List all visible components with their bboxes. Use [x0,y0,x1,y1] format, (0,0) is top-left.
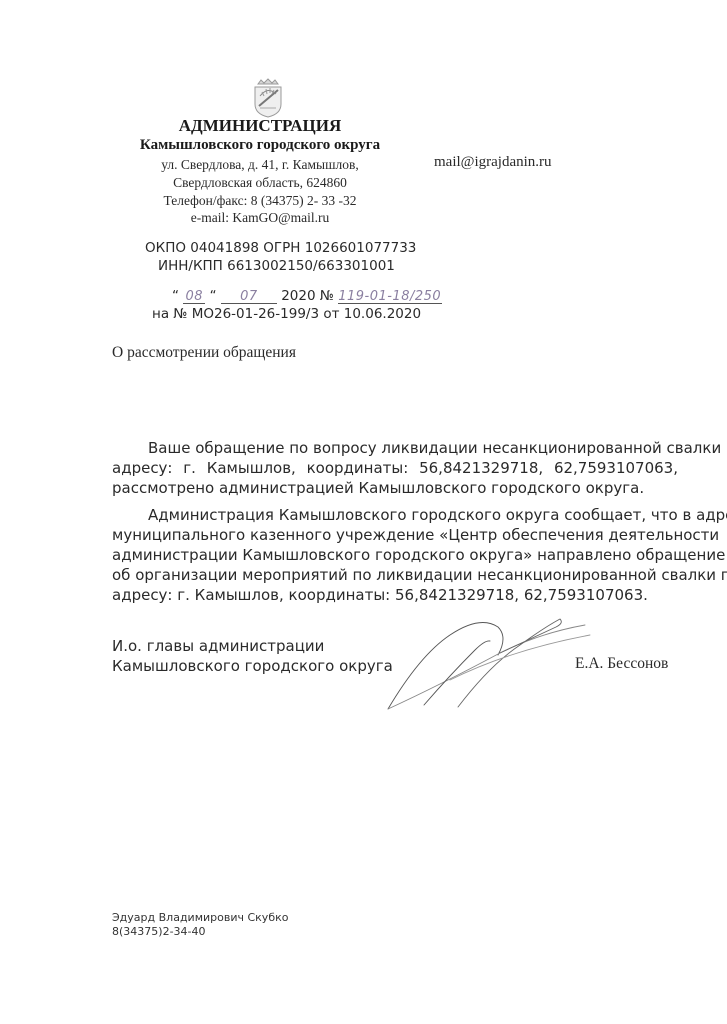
paragraph-line: Администрация Камышловского городского о… [112,505,678,525]
outgoing-number: 119-01-18/250 [338,290,442,304]
signer-name: Е.А. Бессонов [575,655,668,673]
coordinate-longitude: 62,7593107063, [554,459,678,477]
quote-open: “ [172,288,179,304]
signer-position-line-2: Камышловского городского округа [112,656,393,676]
executor-phone: 8(34375)2-34-40 [112,925,206,938]
signer-position: И.о. главы администрации Камышловского г… [112,636,393,676]
phone-fax: Телефон/факс: 8 (34375) 2- 33 -32 [100,192,420,210]
organization-subtitle: Камышловского городского округа [100,137,420,154]
recipient-email: mail@igrajdanin.ru [434,154,552,171]
word: Камышлов, [207,459,296,477]
paragraph-line: рассмотрено администрацией Камышловского… [112,478,678,498]
coat-of-arms-icon [250,78,286,118]
paragraph-line: администрации Камышловского городского о… [112,545,678,565]
body-paragraph-1: Ваше обращение по вопросу ликвидации нес… [112,438,678,498]
paragraph-line: об организации мероприятий по ликвидации… [112,565,678,585]
body-paragraph-2: Администрация Камышловского городского о… [112,505,678,605]
paragraph-line: Ваше обращение по вопросу ликвидации нес… [112,438,678,458]
executor-name: Эдуард Владимирович Скубко [112,911,288,924]
outgoing-month: 07 [221,290,277,304]
outgoing-day: 08 [183,290,205,304]
paragraph-line: адресу: г. Камышлов, координаты: 56,8421… [112,585,678,605]
outgoing-date-number: “ 08 “ 07 2020 № 119-01-18/250 [172,288,442,304]
inn-kpp-codes: ИНН/КПП 6613002150/663301001 [158,258,395,274]
organization-title: АДМИНИСТРАЦИЯ [100,116,420,136]
outgoing-year: 2020 [281,288,315,304]
word: г. [183,459,196,477]
quote-close: “ [210,288,217,304]
paragraph-line: адресу: г. Камышлов, координаты: 56,8421… [112,458,678,478]
letter-subject: О рассмотрении обращения [112,344,296,362]
word: адресу: [112,459,173,477]
signer-position-line-1: И.о. главы администрации [112,636,393,656]
word: координаты: [307,459,409,477]
number-sign: № [320,288,334,304]
paragraph-line: муниципального казенного учреждение «Цен… [112,525,678,545]
organization-email: e-mail: KamGO@mail.ru [100,209,420,227]
address-line-2: Свердловская область, 624860 [100,174,420,192]
address-line-1: ул. Свердлова, д. 41, г. Камышлов, [100,156,420,174]
incoming-reference: на № МО26-01-26-199/3 от 10.06.2020 [152,306,421,322]
coordinate-latitude: 56,8421329718, [419,459,543,477]
okpo-ogrn-codes: ОКПО 04041898 ОГРН 1026601077733 [145,240,416,256]
